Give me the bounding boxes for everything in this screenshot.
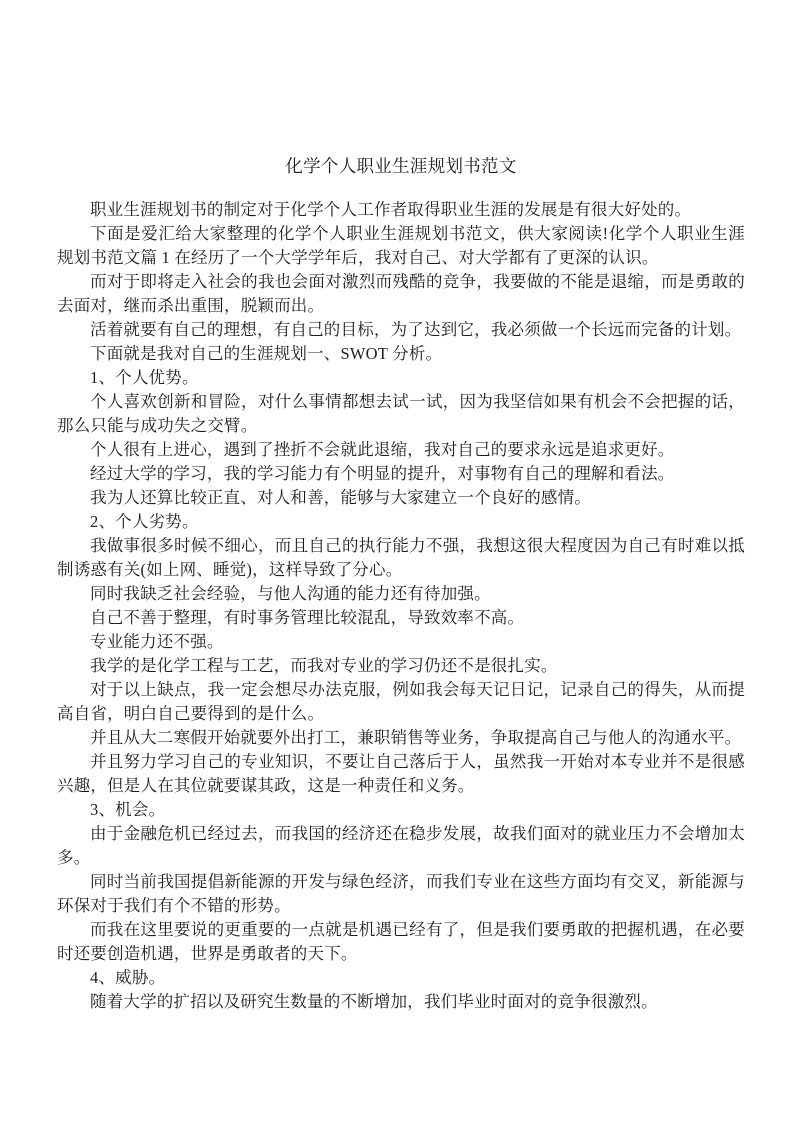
paragraph: 由于金融危机已经过去，而我国的经济还在稳步发展，故我们面对的就业压力不会增加太多… — [57, 822, 745, 870]
paragraph: 我做事很多时候不细心，而且自己的执行能力不强，我想这很大程度因为自己有时难以抵制… — [57, 534, 745, 582]
paragraph: 1、个人优势。 — [57, 366, 745, 390]
paragraph: 下面就是我对自己的生涯规划一、SWOT 分析。 — [57, 342, 745, 366]
paragraph: 对于以上缺点，我一定会想尽办法克服，例如我会每天记日记，记录自己的得失，从而提高… — [57, 678, 745, 726]
paragraph: 随着大学的扩招以及研究生数量的不断增加，我们毕业时面对的竞争很激烈。 — [57, 990, 745, 1014]
paragraph: 同时当前我国提倡新能源的开发与绿色经济，而我们专业在这些方面均有交叉，新能源与环… — [57, 870, 745, 918]
paragraph: 而对于即将走入社会的我也会面对激烈而残酷的竞争，我要做的不能是退缩，而是勇敢的去… — [57, 270, 745, 318]
document-body: 职业生涯规划书的制定对于化学个人工作者取得职业生涯的发展是有很大好处的。下面是爱… — [57, 198, 745, 1014]
document-page: 化学个人职业生涯规划书范文 职业生涯规划书的制定对于化学个人工作者取得职业生涯的… — [0, 0, 793, 1122]
paragraph: 自己不善于整理，有时事务管理比较混乱，导致效率不高。 — [57, 606, 745, 630]
paragraph: 4、威胁。 — [57, 966, 745, 990]
paragraph: 我学的是化学工程与工艺，而我对专业的学习仍还不是很扎实。 — [57, 654, 745, 678]
paragraph: 2、个人劣势。 — [57, 510, 745, 534]
paragraph: 职业生涯规划书的制定对于化学个人工作者取得职业生涯的发展是有很大好处的。 — [57, 198, 745, 222]
paragraph: 个人很有上进心，遇到了挫折不会就此退缩，我对自己的要求永远是追求更好。 — [57, 438, 745, 462]
document-title: 化学个人职业生涯规划书范文 — [57, 153, 745, 179]
paragraph: 活着就要有自己的理想，有自己的目标，为了达到它，我必须做一个长远而完备的计划。 — [57, 318, 745, 342]
paragraph: 我为人还算比较正直、对人和善，能够与大家建立一个良好的感情。 — [57, 486, 745, 510]
paragraph: 经过大学的学习，我的学习能力有个明显的提升，对事物有自己的理解和看法。 — [57, 462, 745, 486]
paragraph: 个人喜欢创新和冒险，对什么事情都想去试一试，因为我坚信如果有机会不会把握的话，那… — [57, 390, 745, 438]
paragraph: 而我在这里要说的更重要的一点就是机遇已经有了，但是我们要勇敢的把握机遇，在必要时… — [57, 918, 745, 966]
paragraph: 并且从大二寒假开始就要外出打工，兼职销售等业务，争取提高自己与他人的沟通水平。 — [57, 726, 745, 750]
paragraph: 专业能力还不强。 — [57, 630, 745, 654]
paragraph: 3、机会。 — [57, 798, 745, 822]
paragraph: 下面是爱汇给大家整理的化学个人职业生涯规划书范文，供大家阅读!化学个人职业生涯规… — [57, 222, 745, 270]
paragraph: 并且努力学习自己的专业知识，不要让自己落后于人，虽然我一开始对本专业并不是很感兴… — [57, 750, 745, 798]
paragraph: 同时我缺乏社会经验，与他人沟通的能力还有待加强。 — [57, 582, 745, 606]
